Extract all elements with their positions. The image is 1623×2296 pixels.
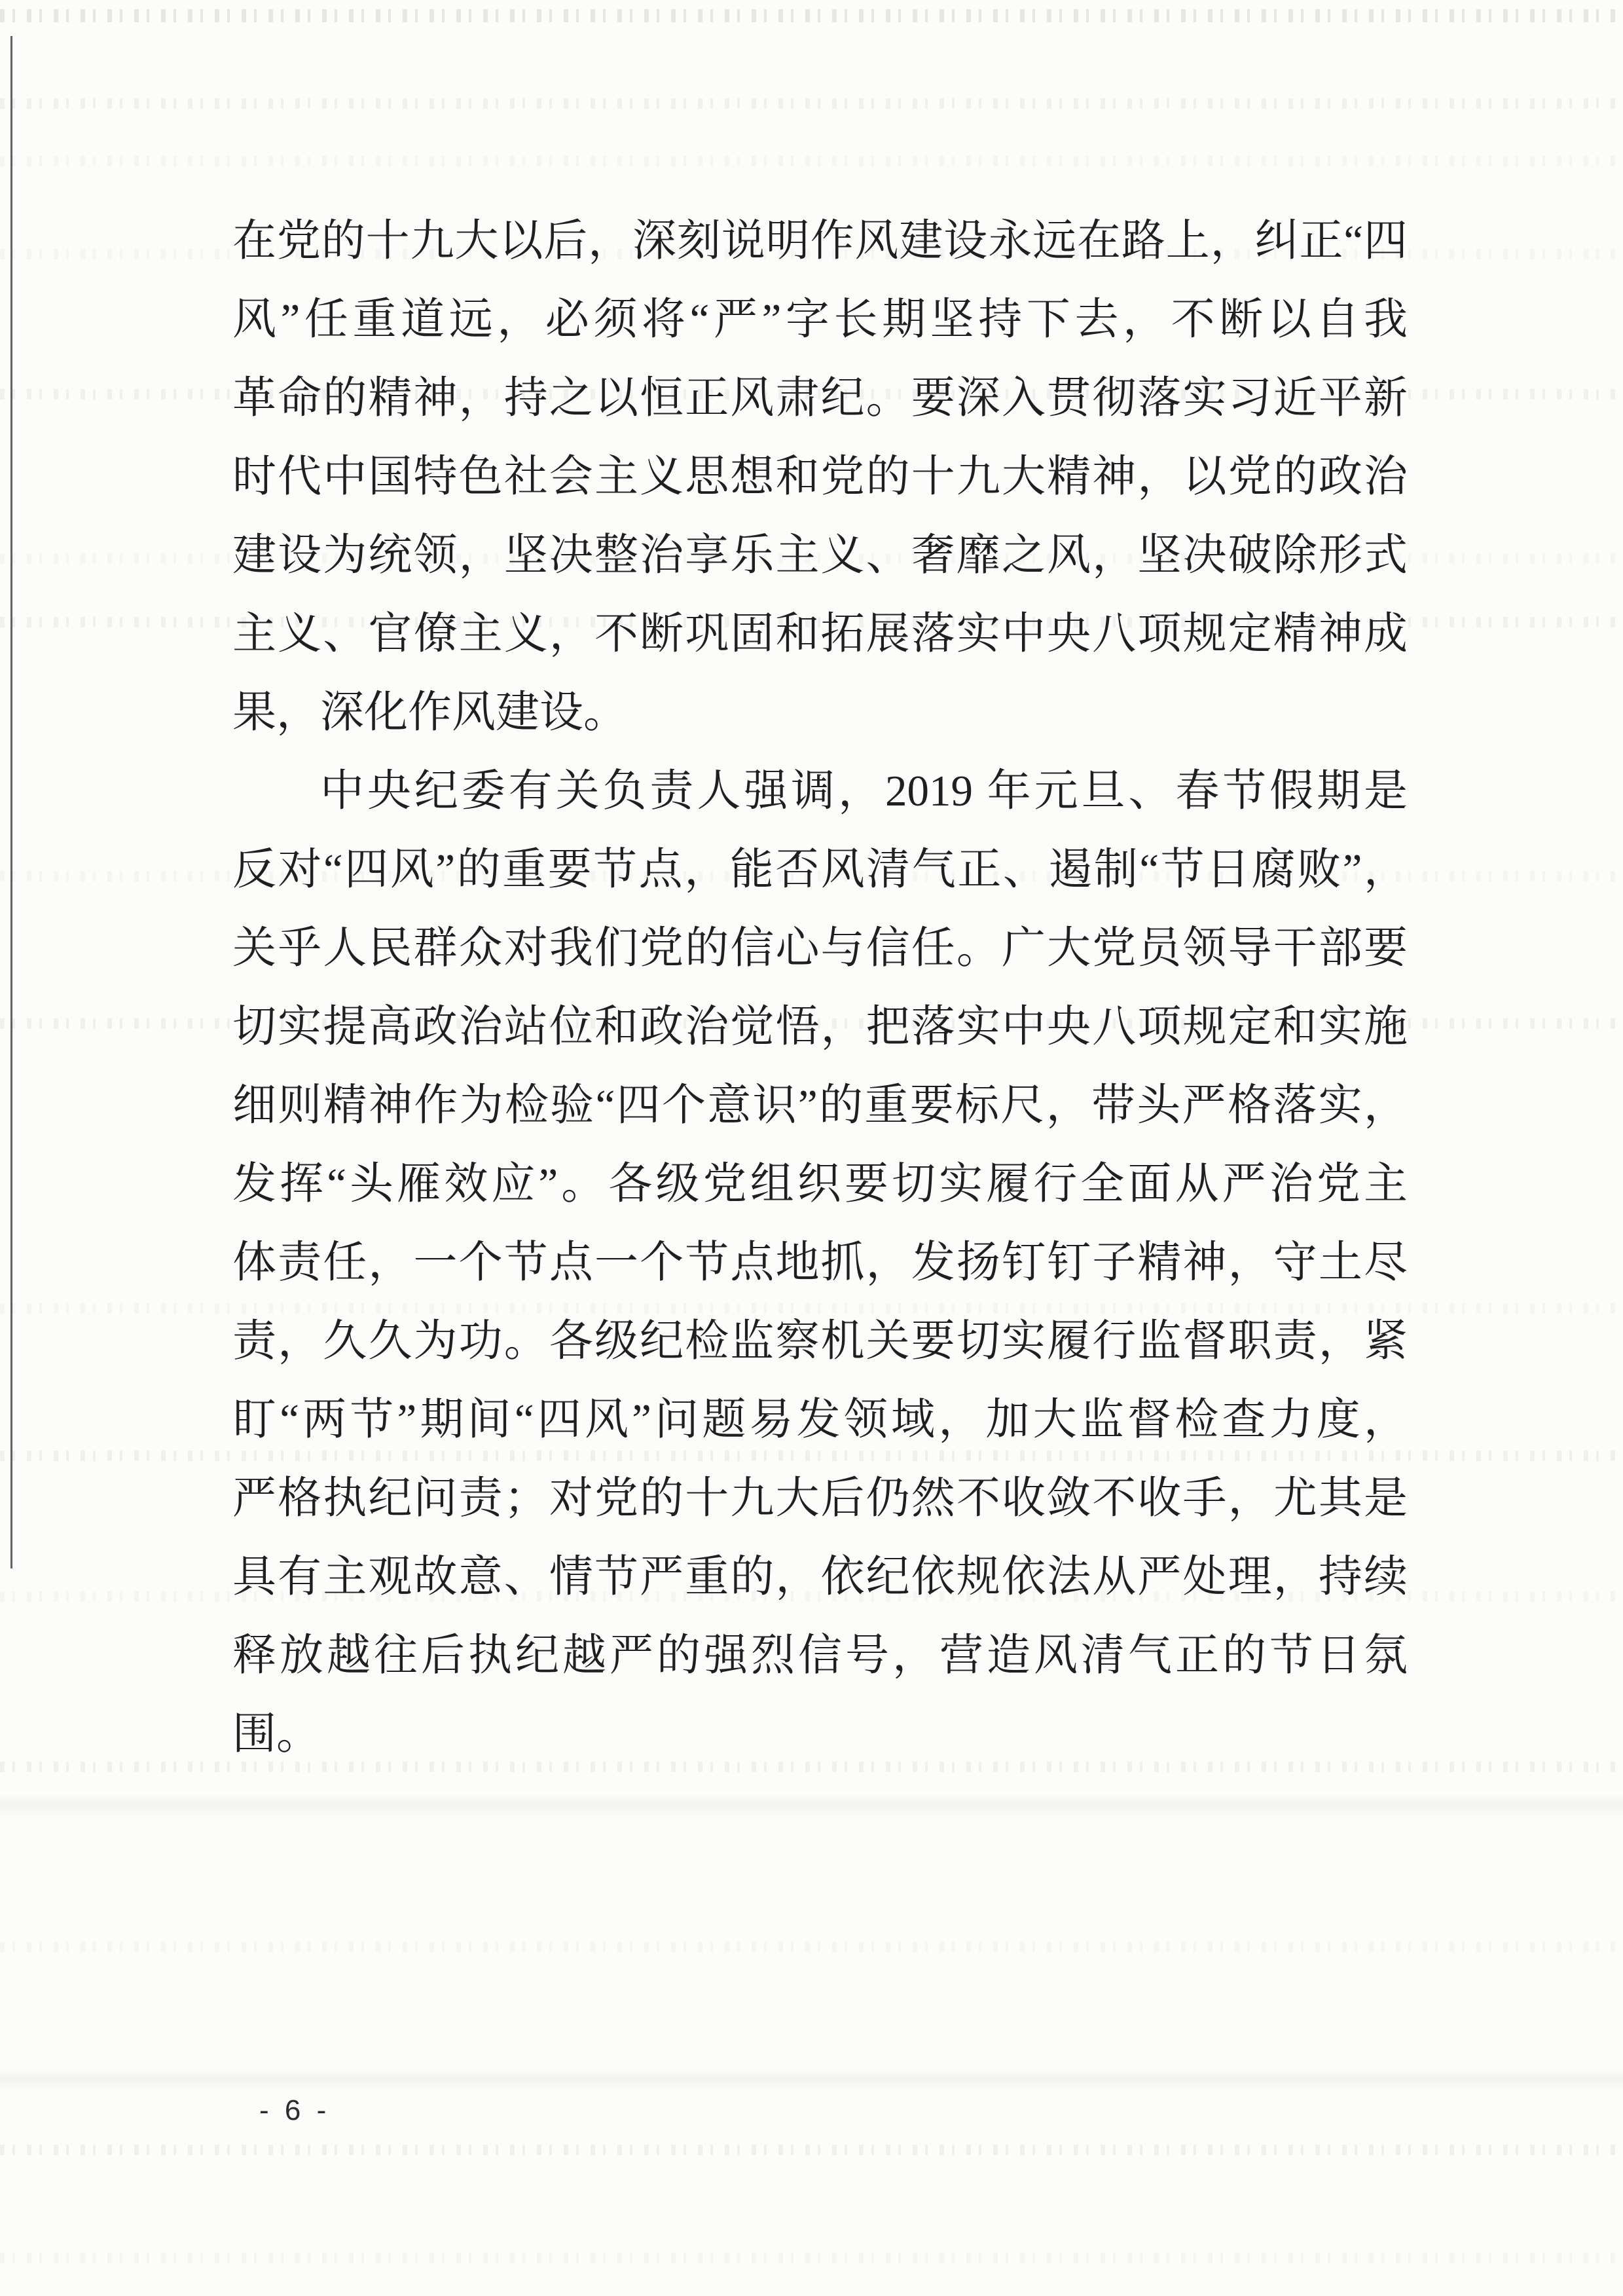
text-line: 严格执纪问责；对党的十九大后仍然不收敛不收手，尤其是 xyxy=(232,1459,1408,1538)
text-line: 主义、官僚主义，不断巩固和拓展落实中央八项规定精神成 xyxy=(232,595,1408,673)
text-line: 在党的十九大以后，深刻说明作风建设永远在路上，纠正“四 xyxy=(232,202,1408,280)
scan-smudge xyxy=(0,2069,1623,2092)
text-line: 体责任，一个节点一个节点地抓，发扬钉钉子精神，守土尽 xyxy=(232,1223,1408,1302)
text-line: 果，深化作风建设。 xyxy=(232,673,1408,752)
text-line: 具有主观故意、情节严重的，依纪依规依法从严处理，持续 xyxy=(232,1538,1408,1616)
text-line: 切实提高政治站位和政治觉悟，把落实中央八项规定和实施 xyxy=(232,988,1408,1066)
scan-noise-band xyxy=(0,2145,1623,2155)
text-line: 建设为统领，坚决整治享乐主义、奢靡之风，坚决破除形式 xyxy=(232,516,1408,595)
scan-smudge xyxy=(0,1794,1623,1817)
text-line: 反对“四风”的重要节点，能否风清气正、遏制“节日腐败”， xyxy=(232,830,1408,909)
text-line: 风”任重道远，必须将“严”字长期坚持下去，不断以自我 xyxy=(232,280,1408,359)
scan-noise-band xyxy=(0,2253,1623,2263)
text-line: 中央纪委有关负责人强调，2019 年元旦、春节假期是 xyxy=(232,752,1408,830)
text-line: 关乎人民群众对我们党的信心与信任。广大党员领导干部要 xyxy=(232,909,1408,988)
text-line: 释放越往后执纪越严的强烈信号，营造风清气正的节日氛 xyxy=(232,1616,1408,1695)
scan-noise-band xyxy=(0,1942,1623,1952)
text-line: 时代中国特色社会主义思想和党的十九大精神，以党的政治 xyxy=(232,437,1408,516)
scan-noise-band xyxy=(0,98,1623,109)
scan-edge-line xyxy=(10,36,12,1568)
text-line: 细则精神作为检验“四个意识”的重要标尺，带头严格落实， xyxy=(232,1066,1408,1145)
text-line: 发挥“头雁效应”。各级党组织要切实履行全面从严治党主 xyxy=(232,1145,1408,1223)
document-body: 在党的十九大以后，深刻说明作风建设永远在路上，纠正“四 风”任重道远，必须将“严… xyxy=(232,202,1408,1773)
scan-noise-band xyxy=(0,156,1623,166)
text-line: 革命的精神，持之以恒正风肃纪。要深入贯彻落实习近平新 xyxy=(232,359,1408,437)
page-number: - 6 - xyxy=(259,2094,330,2127)
text-line: 围。 xyxy=(232,1695,1408,1773)
text-line: 责，久久为功。各级纪检监察机关要切实履行监督职责，紧 xyxy=(232,1302,1408,1380)
text-line: 盯“两节”期间“四风”问题易发领域，加大监督检查力度， xyxy=(232,1380,1408,1459)
document-page: 在党的十九大以后，深刻说明作风建设永远在路上，纠正“四 风”任重道远，必须将“严… xyxy=(0,0,1623,2296)
scan-noise-band xyxy=(0,9,1623,22)
